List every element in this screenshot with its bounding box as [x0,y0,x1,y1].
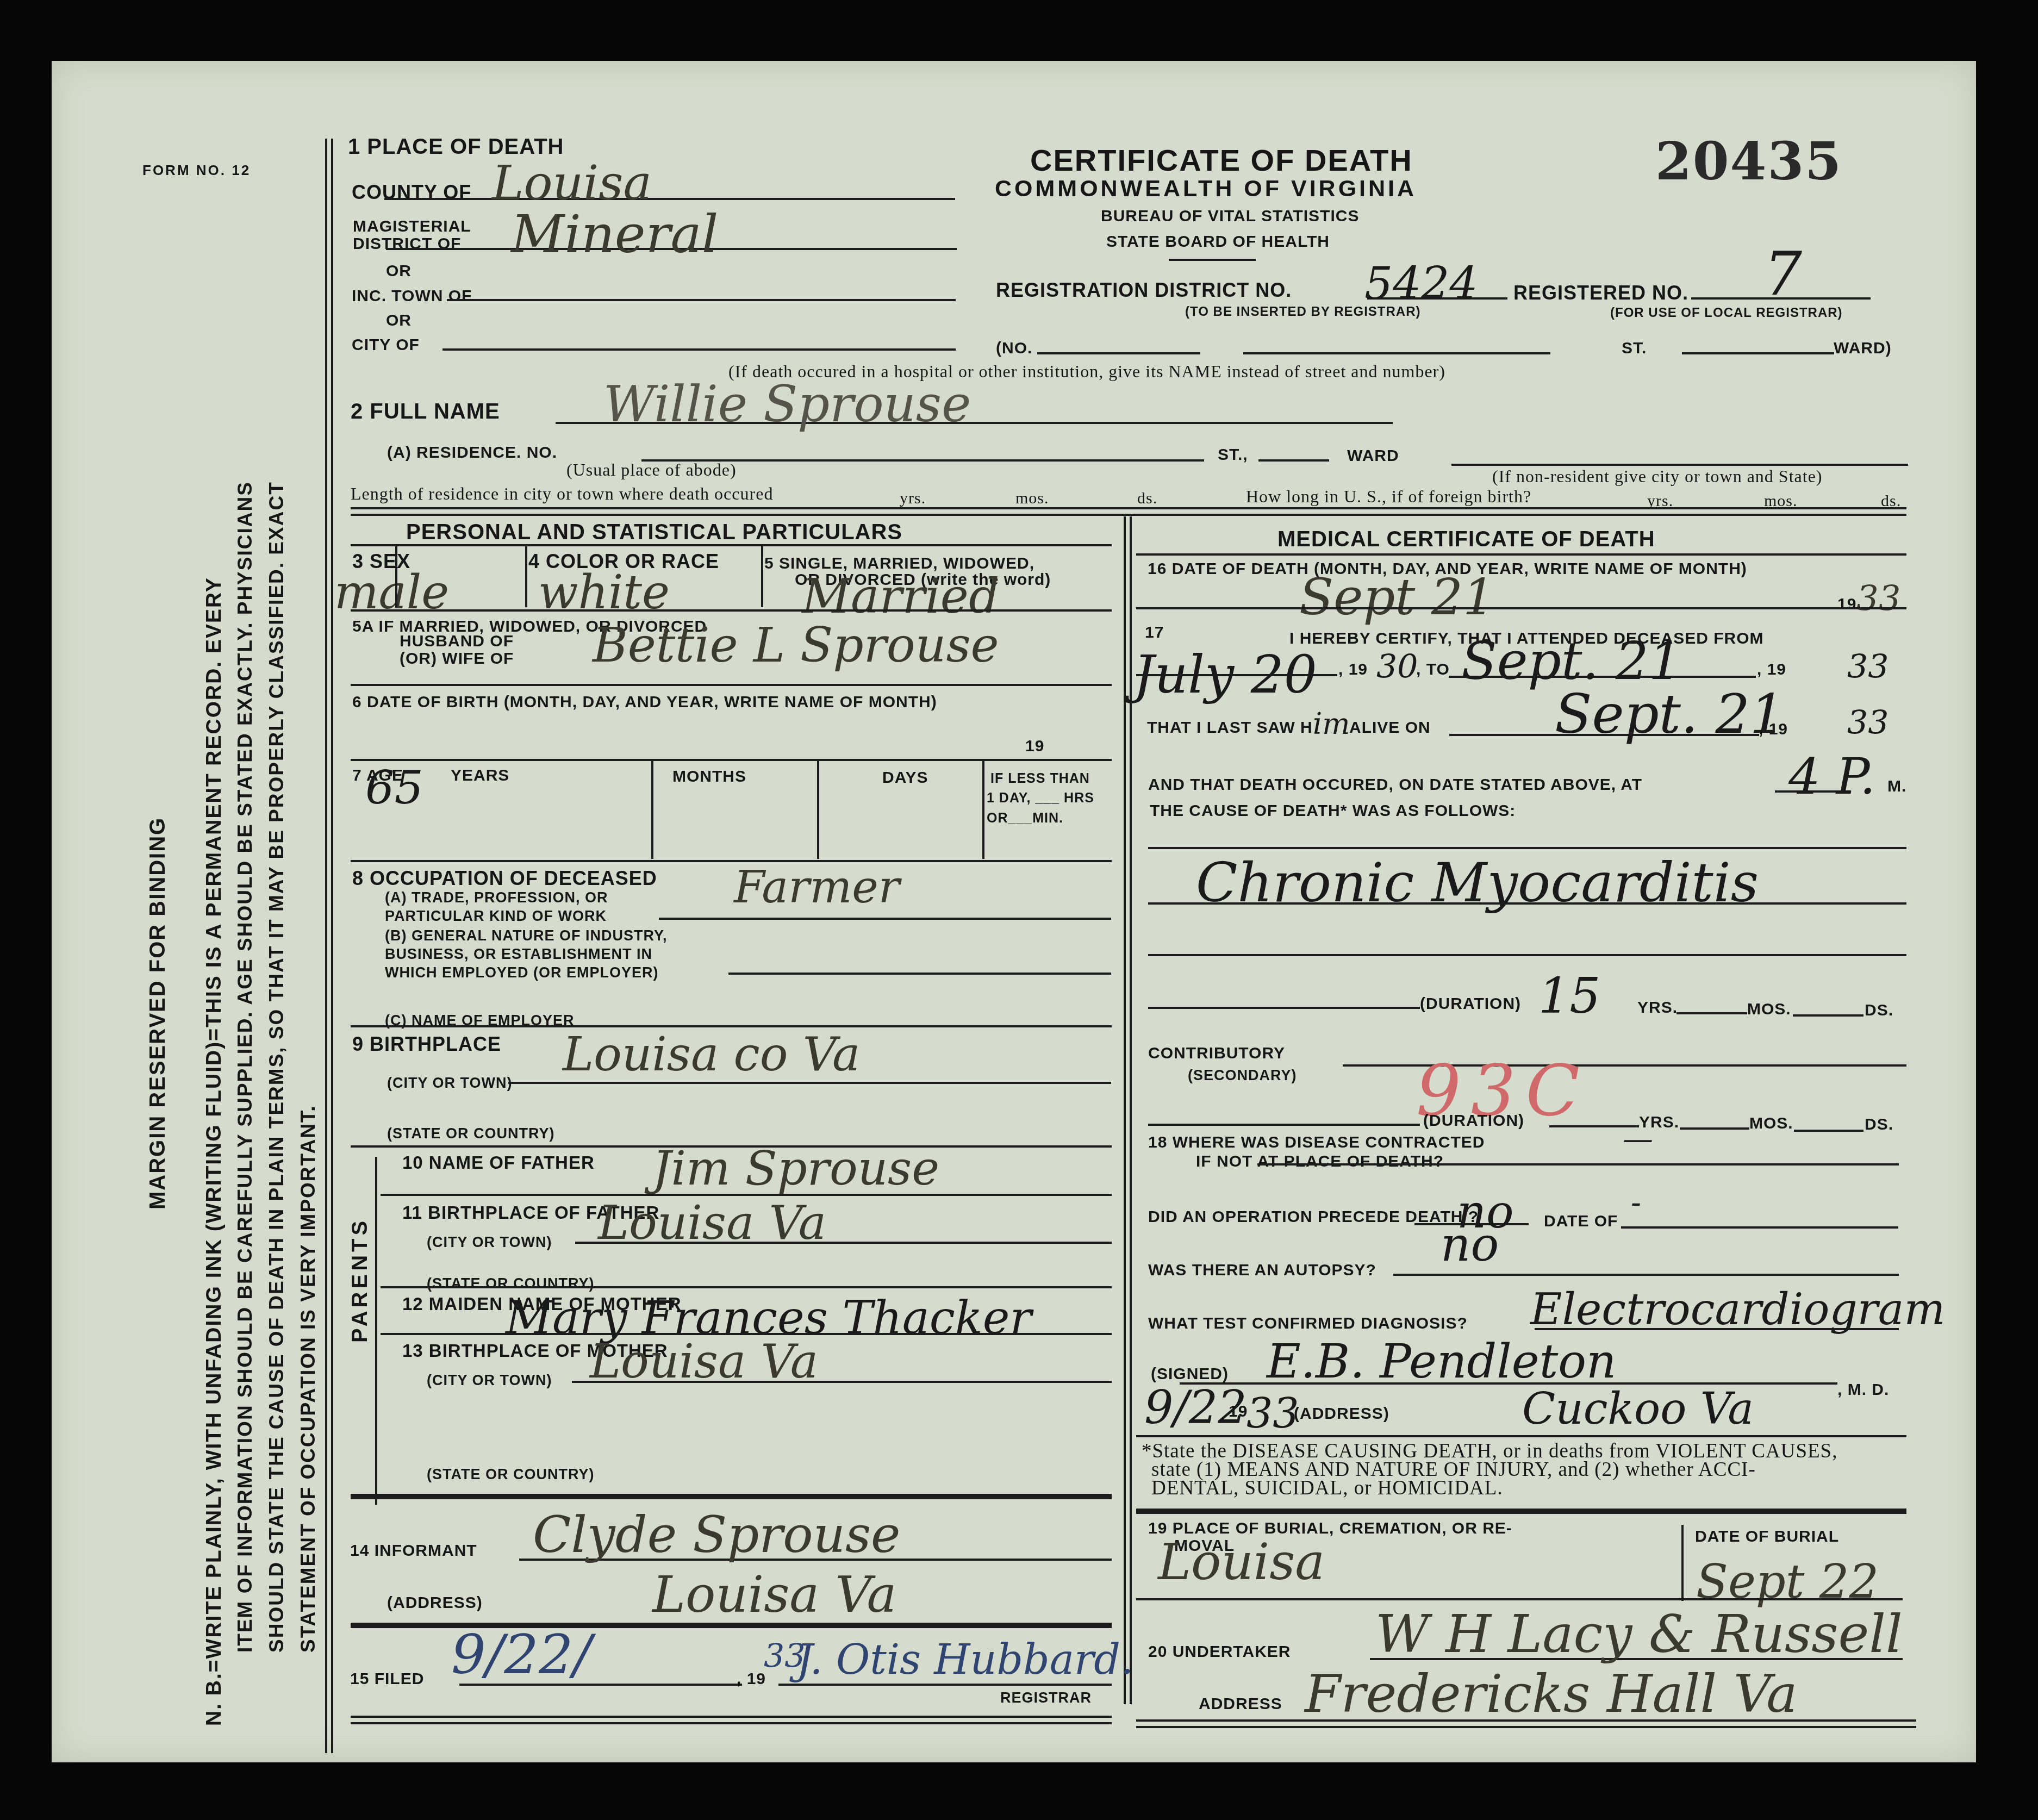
ward-label: WARD) [1834,339,1892,358]
autopsy-value: no [1441,1218,1499,1272]
autopsy-label: WAS THERE AN AUTOPSY? [1148,1261,1376,1280]
divider [1793,1014,1864,1017]
divider [1148,1007,1420,1009]
informant-address-label: (ADDRESS) [387,1594,483,1612]
autopsy-underline [1393,1274,1899,1276]
spouse-value: Bettie L Sprouse [593,617,999,673]
birthplace-value: Louisa co Va [563,1027,860,1082]
header-rule [1169,259,1256,261]
mother-birthplace-value: Louisa Va [590,1335,818,1389]
md-label: , M. D. [1837,1381,1889,1399]
street-label: ST. [1622,339,1647,358]
county-underline [384,198,955,200]
occupation-label: 8 OCCUPATION OF DECEASED [352,867,657,890]
duration-label: (DURATION) [1420,995,1521,1013]
medical-certificate-heading: MEDICAL CERTIFICATE OF DEATH [1277,527,1655,552]
filed-date-value: 9/22/ [451,1623,591,1686]
months-label: MONTHS [672,768,746,786]
divider [1148,954,1906,956]
father-name-label: 10 NAME OF FATHER [402,1152,595,1173]
informant-label: 14 INFORMANT [350,1542,477,1560]
form-number: FORM NO. 12 [142,162,251,179]
birthplace-city-label: (CITY OR TOWN) [387,1075,513,1092]
disease-contracted-label-1: 18 WHERE WAS DISEASE CONTRACTED [1148,1133,1485,1152]
contributory-days-label: DS. [1865,1115,1893,1134]
divider [351,860,1112,862]
divider [395,546,397,607]
occupation-b-label-2: BUSINESS, OR ESTABLISHMENT IN [385,946,652,963]
attended-from-year-prefix: , 19 [1338,660,1368,679]
disease-contracted-value: — [1623,1121,1653,1157]
residence-ward-underline [1451,464,1908,466]
residence-days-label: ds. [1137,489,1157,508]
occupation-a-label-1: (A) TRADE, PROFESSION, OR [385,889,608,906]
or-label-1: OR [386,262,412,281]
physician-address-value: Cuckoo Va [1522,1383,1754,1434]
divider [381,1286,1112,1288]
race-marital-divider [761,546,763,607]
contributory-months-label: MOS. [1749,1114,1793,1133]
binding-margin-note: MARGIN RESERVED FOR BINDING [146,817,170,1210]
magisterial-value: Mineral [511,204,718,265]
death-time-value: 4 P. [1788,747,1875,806]
date-of-birth-label: 6 DATE OF BIRTH (MONTH, DAY, AND YEAR, W… [352,693,937,712]
occupation-value: Farmer [734,862,900,913]
divider [659,918,1111,920]
divider [351,544,1112,546]
registered-number-note: (FOR USE OF LOCAL REGISTRAR) [1610,306,1843,321]
county-label: COUNTY OF [352,181,471,204]
last-saw-label-1: THAT I LAST SAW H [1147,719,1313,737]
parents-bracket [375,1157,377,1505]
attended-to-year: 33 [1847,648,1889,686]
certificate-subtitle: COMMONWEALTH OF VIRGINIA [995,176,1417,202]
full-name-label: 2 FULL NAME [351,400,500,424]
undertaker-address-value: Fredericks Hall Va [1305,1663,1798,1724]
occupation-b-label-1: (B) GENERAL NATURE OF INDUSTRY, [385,927,668,944]
last-saw-pronoun: im [1313,707,1350,741]
divider [1680,1127,1749,1130]
column-divider [1124,516,1126,1704]
length-of-residence-label: Length of residence in city or town wher… [351,484,773,504]
registration-district-label: REGISTRATION DISTRICT NO. [996,279,1292,302]
father-name-value: Jim Sprouse [652,1142,939,1196]
days-label: DAYS [882,769,928,787]
mother-birthplace-state-label: (STATE OR COUNTRY) [427,1466,594,1483]
divider [728,973,1111,975]
cause-of-death-value: Chronic Myocarditis [1196,851,1759,914]
bureau-name: BUREAU OF VITAL STATISTICS [1101,207,1359,226]
birthplace-state-label: (STATE OR COUNTRY) [387,1125,554,1142]
race-value: white [538,565,670,620]
informant-value: Clyde Sprouse [533,1506,901,1564]
date-of-death-year-prefix: 19 [1837,595,1856,614]
physician-signature: E.B. Pendleton [1267,1335,1616,1389]
less-than-day-label-3: OR___MIN. [987,811,1063,826]
district-of-label: DISTRICT OF [353,235,461,253]
instructions-line-2: ITEM OF INFORMATION SHOULD BE CAREFULLY … [234,481,257,1653]
residence-ward-label: WARD [1347,447,1399,465]
divider [982,761,984,859]
residence-street-label: ST., [1218,446,1248,464]
undertaker-label: 20 UNDERTAKER [1148,1643,1291,1661]
burial-date-label: DATE OF BURIAL [1695,1528,1839,1546]
full-name-value: Willie Sprouse [603,375,971,433]
frame-border-left-inner [331,139,333,1753]
operation-date-underline [1621,1226,1898,1229]
residence-note: (Usual place of abode) [566,460,737,480]
sex-race-divider [525,546,527,607]
filed-year-prefix: , 19 [737,1670,766,1688]
residence-years-label: yrs. [900,489,926,508]
secondary-label: (SECONDARY) [1188,1067,1297,1084]
attended-to-label: , TO [1416,660,1450,679]
duration-months-label: MOS. [1747,1000,1791,1019]
diagnosis-value: Electrocardiogram [1530,1284,1945,1335]
marital-status-value: Married [802,568,999,624]
divider [1148,1124,1420,1126]
signed-year-value: 33 [1247,1389,1299,1437]
divider [1676,1012,1747,1014]
informant-address-value: Louisa Va [652,1566,896,1624]
physician-address-label: (ADDRESS) [1294,1405,1389,1423]
registrar-signature: J. Otis Hubbard. [796,1635,1133,1684]
instructions-line-1: N. B.=WRITE PLAINLY, WITH UNFADING INK (… [202,577,226,1726]
divider [351,1716,1112,1718]
county-value: Louisa [492,155,652,211]
burial-section-divider [1136,1509,1906,1514]
undertaker-value: W H Lacy & Russell [1375,1604,1903,1665]
operation-date-label: DATE OF [1544,1212,1618,1231]
divider [351,1494,1112,1499]
spouse-label-3: (OR) WIFE OF [400,650,514,668]
divider [1257,1163,1899,1165]
date-of-death-year: 33 [1856,579,1900,619]
city-underline [442,348,956,351]
divider [1136,674,1337,676]
street-name-underline [1243,352,1550,354]
divider [508,1082,1111,1084]
contributory-label: CONTRIBUTORY [1148,1044,1285,1063]
section-divider-1 [351,507,1906,509]
operation-date-value: - [1631,1185,1641,1220]
spouse-label-2: HUSBAND OF [400,632,514,651]
street-no-underline [1037,352,1200,354]
registration-district-value: 5424 [1364,258,1478,310]
signed-year-prefix: 19 [1229,1403,1248,1421]
divider [1148,847,1906,849]
father-birthplace-state-label: (STATE OR COUNTRY) [427,1275,594,1292]
birthplace-label: 9 BIRTHPLACE [352,1033,501,1056]
date-of-death-value: Sept 21 [1299,568,1495,626]
section-divider-2 [351,514,1906,516]
divider [778,1684,1112,1686]
divider [351,1722,1112,1724]
divider [1148,902,1906,905]
bottom-rule-inner [1136,1726,1916,1728]
city-label: CITY OF [352,336,420,354]
less-than-day-label-2: 1 DAY, ___ HRS [987,790,1094,806]
mother-birthplace-city-label: (CITY OR TOWN) [427,1372,552,1389]
divider [351,684,1112,686]
registered-number-label: REGISTERED NO. [1513,282,1688,304]
foreign-birth-label: How long in U. S., if of foreign birth? [1246,487,1531,507]
father-birthplace-city-label: (CITY OR TOWN) [427,1234,552,1251]
diagnosis-test-label: WHAT TEST CONFIRMED DIAGNOSIS? [1148,1314,1468,1333]
personal-particulars-heading: PERSONAL AND STATISTICAL PARTICULARS [406,520,902,545]
or-label-2: OR [386,311,412,330]
nonresident-note: (If non-resident give city or town and S… [1492,466,1823,487]
death-time-label: AND THAT DEATH OCCURED, ON DATE STATED A… [1148,776,1642,794]
footnote-line-3: DENTAL, SUICIDAL, or HOMICIDAL. [1151,1476,1503,1500]
attended-to-year-prefix: , 19 [1757,660,1786,679]
sex-value: male [334,565,449,620]
bottom-rule [1136,1719,1916,1722]
cause-of-death-label: THE CAUSE OF DEATH* WAS AS FOLLOWS: [1150,802,1516,820]
death-time-suffix: M. [1887,777,1906,796]
column-divider-inner [1130,516,1132,1704]
burial-place-value: Louisa [1158,1533,1325,1591]
undertaker-address-label: ADDRESS [1199,1695,1282,1713]
inc-town-label: INC. TOWN OF [352,287,472,306]
divider [817,761,819,859]
residence-months-label: mos. [1015,489,1049,508]
attended-from-year: 30 [1376,648,1418,686]
duration-years-label: YRS. [1637,999,1678,1017]
divider [1794,1130,1864,1132]
age-years-value: 65 [365,761,423,814]
divider [1136,607,1906,609]
inc-town-underline [447,299,956,301]
magisterial-label: MAGISTERIAL [353,217,471,236]
frame-border-left [325,139,327,1753]
registrar-label: REGISTRAR [1000,1690,1092,1706]
certificate-title: CERTIFICATE OF DEATH [1030,142,1413,178]
instructions-line-3: SHOULD STATE THE CAUSE OF DEATH IN PLAIN… [265,481,288,1653]
last-saw-year-prefix: , 19 [1759,720,1788,739]
street-no-label: (NO. [996,339,1032,358]
burial-date-divider [1681,1525,1684,1601]
divider [1136,553,1906,556]
physician-address-underline [1136,1435,1906,1437]
last-saw-year: 33 [1847,704,1889,742]
filed-label: 15 FILED [350,1670,424,1688]
divider [351,759,1112,761]
disease-contracted-label-2: IF NOT AT PLACE OF DEATH? [1196,1152,1444,1171]
residence-label: (A) RESIDENCE. NO. [387,444,557,462]
certify-number: 17 [1145,624,1164,642]
registration-district-note: (TO BE INSERTED BY REGISTRAR) [1185,304,1420,320]
residence-street-underline [1258,459,1329,462]
father-birthplace-value: Louisa Va [598,1196,826,1250]
parents-side-label: PARENTS [348,1218,372,1343]
duration-days-label: DS. [1865,1001,1893,1020]
contributory-duration-label: (DURATION) [1423,1112,1524,1130]
ward-underline [1682,352,1834,354]
instructions-line-4: STATEMENT OF OCCUPATION IS VERY IMPORTAN… [297,1105,320,1653]
occupation-a-label-2: PARTICULAR KIND OF WORK [385,908,607,925]
date-of-birth-year-prefix: 19 [1025,737,1044,756]
registered-number-value: 7 [1764,239,1802,309]
certificate-number: 20435 [1655,130,1842,192]
board-name: STATE BOARD OF HEALTH [1106,233,1330,251]
occupation-b-label-3: WHICH EMPLOYED (OR EMPLOYER) [385,964,659,981]
less-than-day-label-1: IF LESS THAN [990,771,1090,787]
last-saw-value: Sept. 21 [1555,682,1785,746]
years-label: YEARS [451,766,509,785]
burial-underline [1136,1598,1903,1600]
burial-date-value: Sept 22 [1696,1555,1879,1609]
last-saw-label-2: ALIVE ON [1349,719,1431,737]
divider [651,761,653,859]
divider [351,609,1112,612]
duration-years-value: 15 [1538,968,1601,1025]
